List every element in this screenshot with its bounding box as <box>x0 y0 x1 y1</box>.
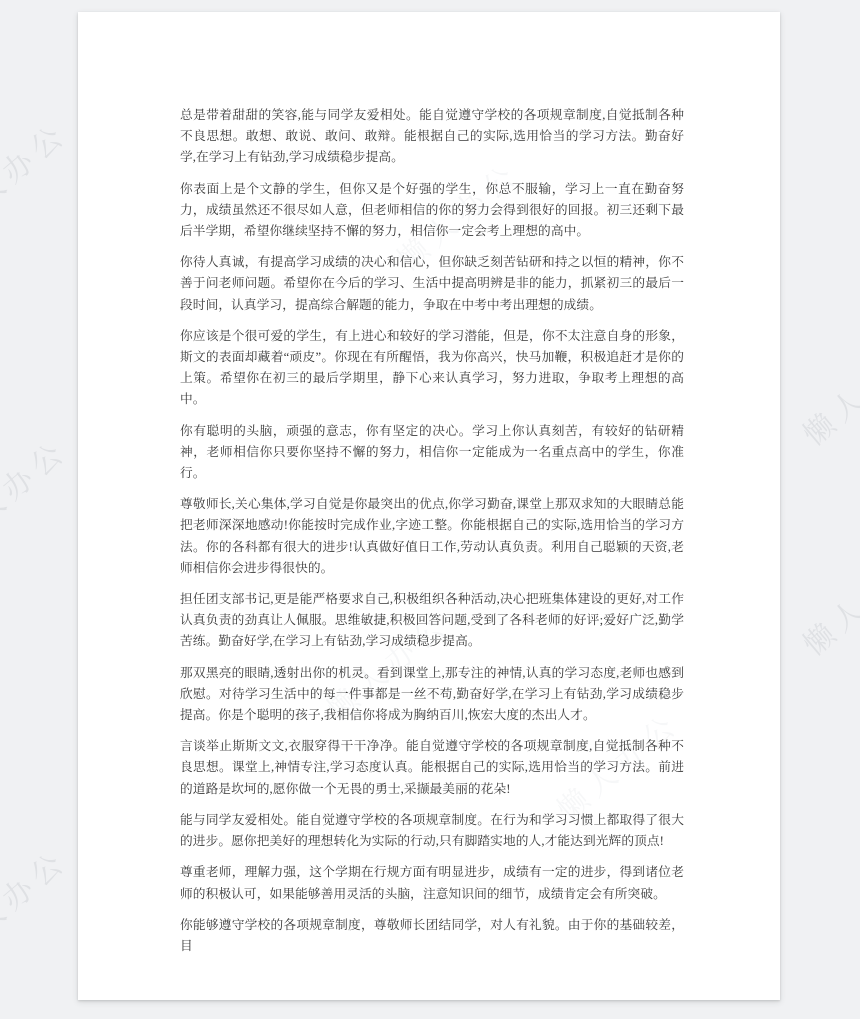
watermark-text: 懒人办公 <box>792 325 860 454</box>
paragraph: 你表面上是个文静的学生，但你又是个好强的学生，你总不服输，学习上一直在勤奋努力，… <box>180 179 684 243</box>
watermark-text: 懒人办公 <box>0 837 76 966</box>
watermark-text: 懒人办公 <box>0 110 76 239</box>
paragraph: 你应该是个很可爱的学生，有上进心和较好的学习潜能，但是，你不太注意自身的形象，斯… <box>180 326 684 411</box>
document-content: 总是带着甜甜的笑容,能与同学友爱相处。能自觉遵守学校的各项规章制度,自觉抵制各种… <box>180 105 684 957</box>
watermark-text: 懒人办公 <box>0 427 76 556</box>
document-viewer-background: 总是带着甜甜的笑容,能与同学友爱相处。能自觉遵守学校的各项规章制度,自觉抵制各种… <box>0 0 860 1019</box>
paragraph: 那双黑亮的眼睛,透射出你的机灵。看到课堂上,那专注的神情,认真的学习态度,老师也… <box>180 663 684 727</box>
paragraph: 尊重老师，理解力强，这个学期在行规方面有明显进步，成绩有一定的进步，得到诸位老师… <box>180 862 684 904</box>
paragraph: 你有聪明的头脑，顽强的意志，你有坚定的决心。学习上你认真刻苦，有较好的钻研精神，… <box>180 421 684 485</box>
document-page: 总是带着甜甜的笑容,能与同学友爱相处。能自觉遵守学校的各项规章制度,自觉抵制各种… <box>78 12 780 1000</box>
paragraph: 你待人真诚，有提高学习成绩的决心和信心，但你缺乏刻苦钻研和持之以恒的精神，你不善… <box>180 252 684 316</box>
paragraph: 担任团支部书记,更是能严格要求自己,积极组织各种活动,决心把班集体建设的更好,对… <box>180 589 684 653</box>
watermark-text: 懒人办公 <box>792 535 860 664</box>
paragraph: 尊敬师长,关心集体,学习自觉是你最突出的优点,你学习勤奋,课堂上那双求知的大眼睛… <box>180 494 684 579</box>
paragraph: 能与同学友爱相处。能自觉遵守学校的各项规章制度。在行为和学习习惯上都取得了很大的… <box>180 810 684 852</box>
paragraph: 言谈举止斯斯文文,衣服穿得干干净净。能自觉遵守学校的各项规章制度,自觉抵制各种不… <box>180 736 684 800</box>
paragraph: 你能够遵守学校的各项规章制度，尊敬师长团结同学，对人有礼貌。由于你的基础较差，目 <box>180 915 684 957</box>
paragraph: 总是带着甜甜的笑容,能与同学友爱相处。能自觉遵守学校的各项规章制度,自觉抵制各种… <box>180 105 684 169</box>
